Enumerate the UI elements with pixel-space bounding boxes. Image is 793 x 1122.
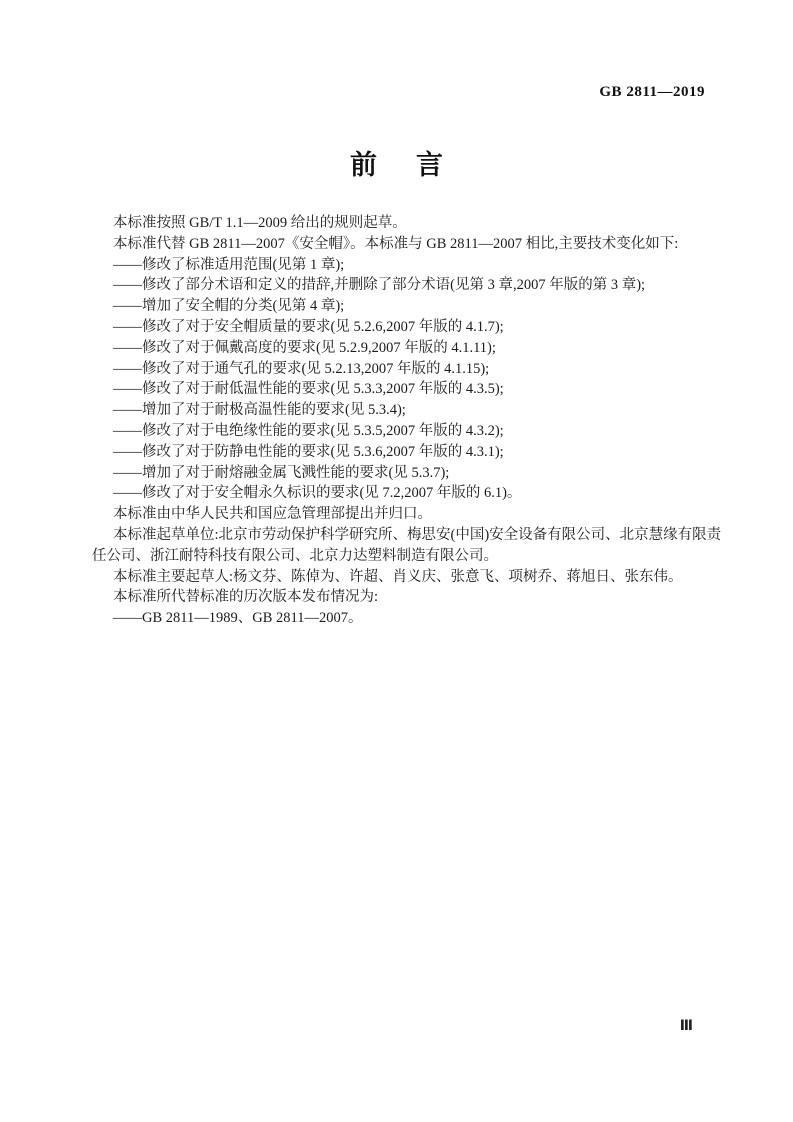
foreword-body: 本标准按照 GB/T 1.1—2009 给出的规则起草。 本标准代替 GB 28… [92, 213, 710, 629]
standard-code-header: GB 2811—2019 [599, 84, 705, 101]
change-list-item: ——修改了对于安全帽永久标识的要求(见 7.2,2007 年版的 6.1)。 [92, 483, 710, 504]
paragraph-line: 本标准代替 GB 2811—2007《安全帽》。本标准与 GB 2811—200… [92, 234, 710, 255]
change-list-item: ——修改了部分术语和定义的措辞,并删除了部分术语(见第 3 章,2007 年版的… [92, 275, 710, 296]
change-list-item: ——修改了对于电绝缘性能的要求(见 5.3.5,2007 年版的 4.3.2); [92, 421, 710, 442]
document-page: GB 2811—2019 前 言 本标准按照 GB/T 1.1—2009 给出的… [0, 0, 793, 1122]
change-list-item: ——增加了对于耐极高温性能的要求(见 5.3.4); [92, 400, 710, 421]
paragraph-line: 本标准按照 GB/T 1.1—2009 给出的规则起草。 [92, 213, 710, 234]
change-list-item: ——GB 2811—1989、GB 2811—2007。 [92, 608, 710, 629]
page-title: 前 言 [0, 143, 793, 182]
change-list-item: ——修改了对于通气孔的要求(见 5.2.13,2007 年版的 4.1.15); [92, 359, 710, 380]
change-list-item: ——修改了对于防静电性能的要求(见 5.3.6,2007 年版的 4.3.1); [92, 442, 710, 463]
page-number: Ⅲ [680, 1017, 693, 1034]
change-list-item: ——修改了对于佩戴高度的要求(见 5.2.9,2007 年版的 4.1.11); [92, 338, 710, 359]
change-list-item: ——修改了对于安全帽质量的要求(见 5.2.6,2007 年版的 4.1.7); [92, 317, 710, 338]
paragraph-line: 本标准主要起草人:杨文芬、陈倬为、许超、肖义庆、张意飞、项树乔、蒋旭日、张东伟。 [92, 567, 710, 588]
paragraph-line: 本标准所代替标准的历次版本发布情况为: [92, 587, 710, 608]
change-list-item: ——修改了对于耐低温性能的要求(见 5.3.3,2007 年版的 4.3.5); [92, 379, 710, 400]
change-list-item: ——增加了安全帽的分类(见第 4 章); [92, 296, 710, 317]
paragraph-line: 本标准起草单位:北京市劳动保护科学研究所、梅思安(中国)安全设备有限公司、北京慧… [92, 525, 710, 546]
change-list-item: ——修改了标准适用范围(见第 1 章); [92, 255, 710, 276]
paragraph-line: 任公司、浙江耐特科技有限公司、北京力达塑料制造有限公司。 [92, 546, 710, 567]
change-list-item: ——增加了对于耐熔融金属飞溅性能的要求(见 5.3.7); [92, 463, 710, 484]
paragraph-line: 本标准由中华人民共和国应急管理部提出并归口。 [92, 504, 710, 525]
